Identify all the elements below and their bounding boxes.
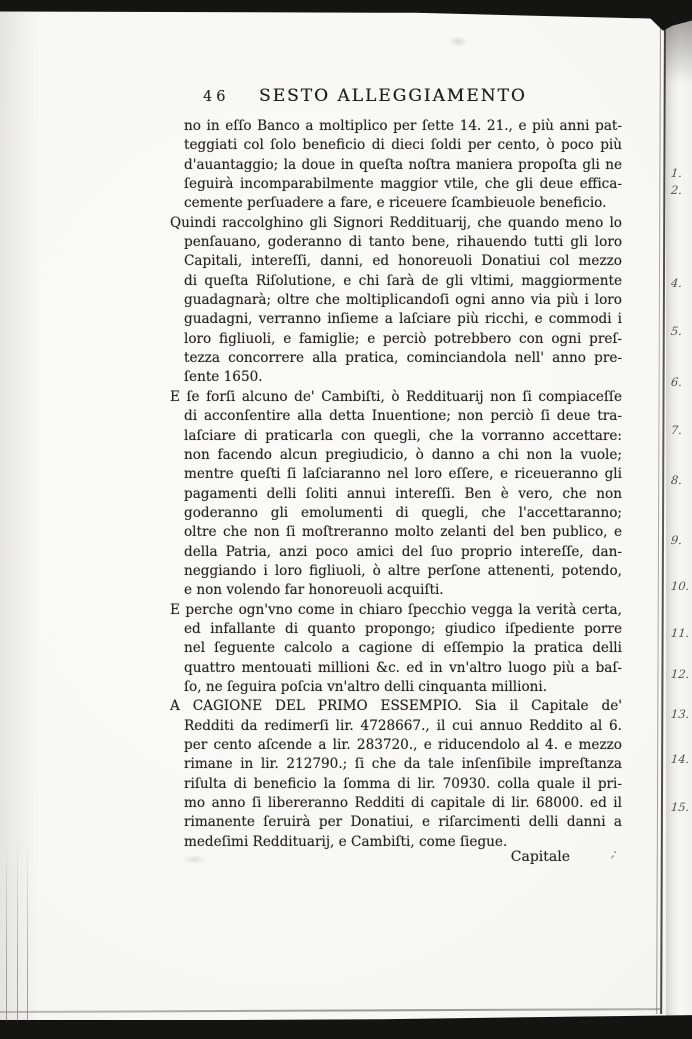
margin-annotation: 8. bbox=[670, 474, 691, 486]
text-line: e non volendo far honoreuoli acquiſti. bbox=[184, 581, 622, 600]
page-number: 46 bbox=[203, 89, 229, 105]
text-line: quattro mentouati millioni &c. ed in vn'… bbox=[184, 659, 622, 678]
page-edge-strip bbox=[666, 10, 692, 1022]
text-line: della Patria, anzi poco amici del ſuo pr… bbox=[184, 543, 622, 562]
text-line: oltre che non ſi moſtreranno molto zelan… bbox=[184, 523, 622, 542]
text-line: E ſe forſi alcuno de' Cambiſti, ò Reddit… bbox=[170, 388, 622, 407]
text-line: pagamenti delli ſoliti annui intereſſi. … bbox=[184, 485, 622, 504]
text-line: mo anno ſi libereranno Redditi di capita… bbox=[184, 794, 622, 813]
text-line: A CAGIONE DEL PRIMO ESSEMPIO. Sia il Cap… bbox=[170, 697, 622, 716]
margin-annotation: 1. bbox=[670, 167, 691, 179]
margin-annotation: 4. bbox=[670, 277, 691, 289]
text-line: di queſta Riſolutione, e chi ſarà de gli… bbox=[184, 272, 622, 291]
text-line: loro figliuoli, e famiglie; e perciò pot… bbox=[184, 330, 622, 349]
text-line: penſauano, goderanno di tanto bene, riha… bbox=[184, 233, 622, 252]
text-line: ed infallante di quanto propongo; giudic… bbox=[184, 620, 622, 639]
body-text: no in eſſo Banco a moltiplico per ſette … bbox=[170, 117, 622, 852]
text-line: di acconſentire alla detta Inuentione; n… bbox=[184, 407, 622, 426]
margin-annotation: 2. bbox=[670, 184, 691, 196]
text-line: neggiando i loro figliuoli, ò altre perſ… bbox=[184, 562, 622, 581]
text-line: non facendo alcun pregiudicio, ò danno a… bbox=[184, 446, 622, 465]
text-line: teggiati col ſolo beneficio di dieci ſol… bbox=[184, 136, 622, 155]
page-curl-line bbox=[27, 840, 28, 1022]
margin-annotation: 14. bbox=[670, 753, 691, 765]
running-title: SESTO ALLEGGIAMENTO bbox=[259, 86, 527, 106]
text-line: Quindi raccolghino gli Signori Reddituar… bbox=[170, 214, 622, 233]
margin-annotation: 6. bbox=[670, 376, 691, 388]
text-line: tezza concorrere alla pratica, comincian… bbox=[184, 349, 622, 368]
text-line: laſciare di praticarla con quegli, che l… bbox=[184, 427, 622, 446]
text-line: ſente 1650. bbox=[184, 368, 622, 387]
text-line: riſulta di beneficio la ſomma di lir. 70… bbox=[184, 775, 622, 794]
paper-smudge bbox=[448, 36, 468, 47]
text-line: guadagni, verranno inſieme a laſciare pi… bbox=[184, 310, 622, 329]
page-curl-line bbox=[6, 840, 7, 1022]
text-line: rimane in lir. 212790.; ſi che da tale i… bbox=[184, 755, 622, 774]
margin-annotation: 5. bbox=[670, 325, 691, 337]
text-line: d'auantaggio; la doue in queſta noſtra m… bbox=[184, 156, 622, 175]
catchword: Capitale bbox=[170, 849, 570, 865]
text-line: ſeguirà incomparabilmente maggior vtile,… bbox=[184, 175, 622, 194]
page-curl-line bbox=[17, 840, 18, 1022]
margin-annotation: 11. bbox=[670, 627, 691, 639]
text-line: rimanente ſeruirà per Donatiui, e riſarc… bbox=[184, 813, 622, 832]
paper-smudge bbox=[181, 855, 207, 864]
text-line: guadagnarà; oltre che moltiplicandoſi og… bbox=[184, 291, 622, 310]
margin-annotation: 7. bbox=[670, 424, 691, 436]
margin-annotation: 13. bbox=[670, 708, 691, 720]
text-line: Redditi da redimerſi lir. 4728667., il c… bbox=[184, 717, 622, 736]
text-line: per cento aſcende a lir. 283720., e ridu… bbox=[184, 736, 622, 755]
margin-annotation: 10. bbox=[670, 580, 691, 592]
text-line: mentre queſti ſi laſciaranno nel loro eſ… bbox=[184, 465, 622, 484]
text-line: ſo, ne ſeguira poſcia vn'altro delli cin… bbox=[184, 678, 622, 697]
text-line: nel ſeguente calcolo a cagione di eſſemp… bbox=[184, 639, 622, 658]
margin-annotation: 15. bbox=[670, 801, 691, 813]
text-line: E perche ogn'vno come in chiaro ſpecchio… bbox=[170, 601, 622, 620]
margin-annotation: 9. bbox=[670, 534, 691, 546]
text-line: cemente perſuadere a fare, e riceuere ſc… bbox=[184, 194, 622, 213]
text-line: Capitali, intereſſi, danni, ed honoreuol… bbox=[184, 252, 622, 271]
text-line: no in eſſo Banco a moltiplico per ſette … bbox=[184, 117, 622, 136]
margin-annotation: 12. bbox=[670, 668, 691, 680]
text-line: goderanno gli emolumenti di quegli, che … bbox=[184, 504, 622, 523]
